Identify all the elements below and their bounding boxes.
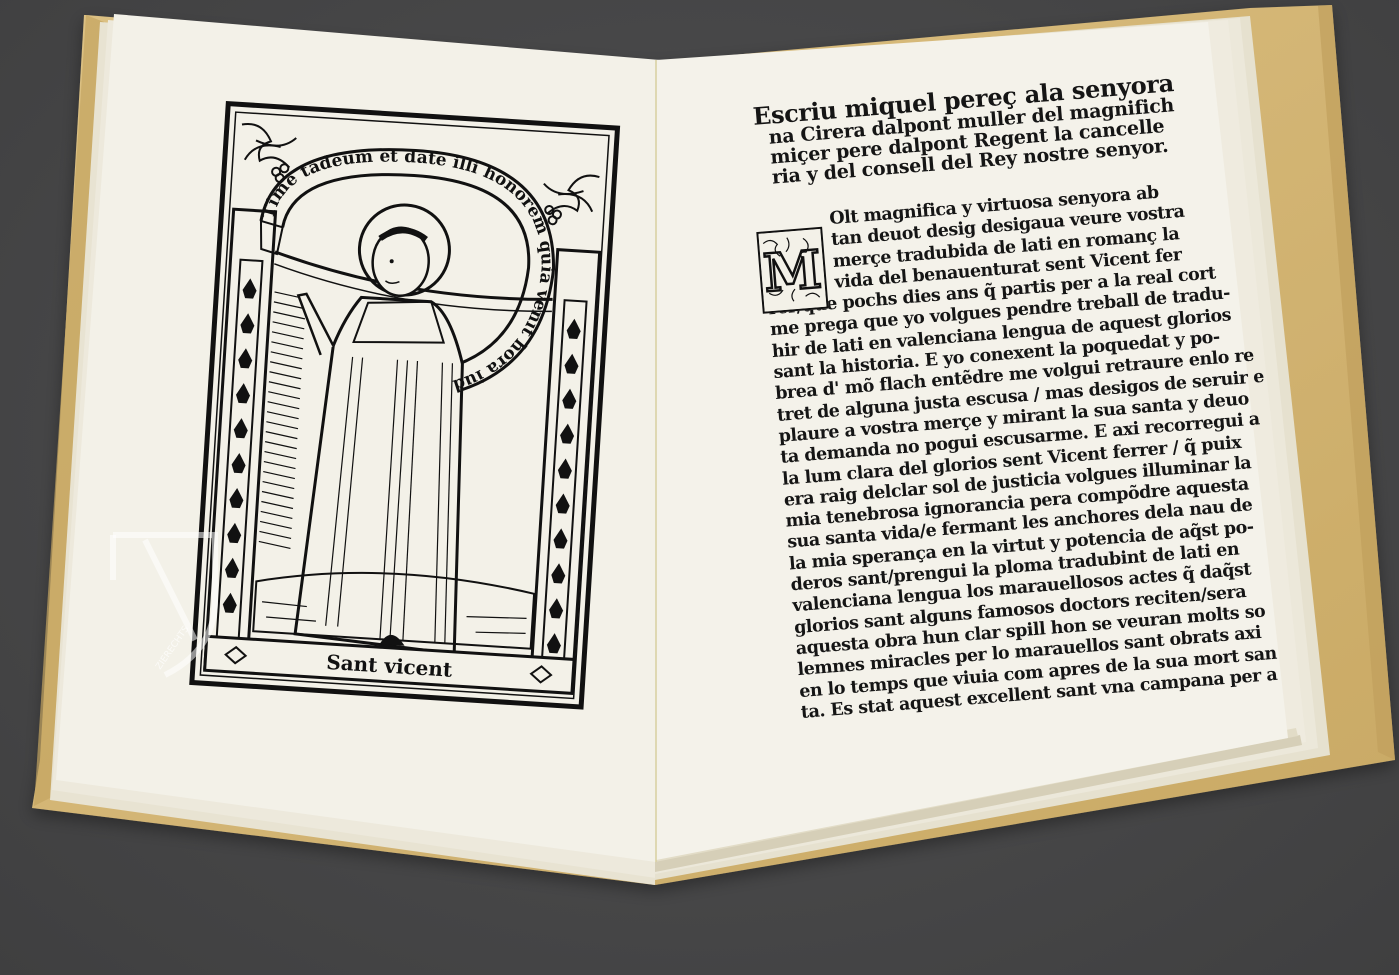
- banner-inscription: Time tadeum et date illi honorem quia ve…: [0, 0, 574, 401]
- niche-hatching: [259, 292, 307, 549]
- foliage-ornament-right: [541, 173, 599, 227]
- right-page-text: Escriu miquel pereç ala senyora na Cirer…: [752, 72, 1201, 724]
- watermark-shield-icon: ZIERECHTS: [105, 530, 235, 680]
- svg-text:M: M: [761, 239, 823, 304]
- decorated-initial: M: [756, 227, 828, 314]
